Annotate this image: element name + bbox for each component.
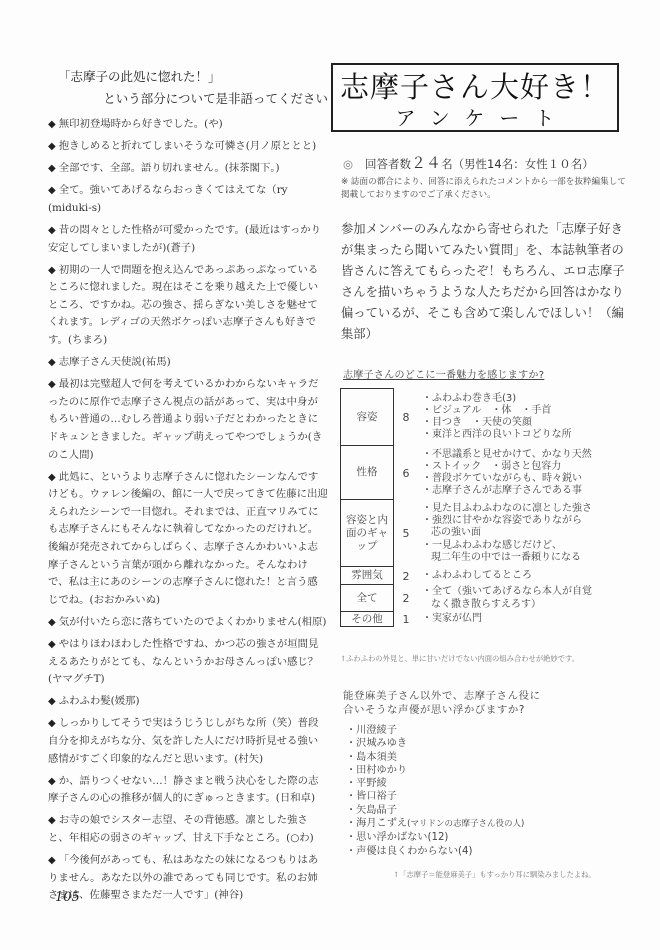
diamond-bullet-icon: ◆ <box>48 815 56 826</box>
count-cell: 2 <box>394 570 418 583</box>
list-item: ・海月こずえ(マリドンの志摩子さん役の人) <box>346 817 524 831</box>
diamond-bullet-icon: ◆ <box>48 379 56 390</box>
diamond-bullet-icon: ◆ <box>48 265 56 276</box>
diamond-bullet-icon: ◆ <box>48 617 56 628</box>
category-cell: 容姿 <box>340 388 394 446</box>
answer-item: ◆此処に、というより志摩子さんに惚れたシーンなんですけども。ウァレン後編の、館に… <box>46 469 328 610</box>
category-cell: 性格 <box>340 446 394 500</box>
count-cell: 8 <box>394 411 418 424</box>
diamond-bullet-icon: ◆ <box>48 696 56 707</box>
q1-results-table: 容姿 8 ・ふわふわ巻き毛(3) ・ビジュアル ・体 ・手首 ・目つき ・天使の… <box>340 388 630 627</box>
survey-title: 志摩子さん大好き！ <box>333 68 617 106</box>
list-item: ・島本須美 <box>346 751 524 764</box>
list-item: ・田村ゆかり <box>346 764 524 777</box>
diamond-bullet-icon: ◆ <box>48 639 56 650</box>
list-item: ・川澄綾子 <box>346 724 524 737</box>
category-cell: 容姿と内面のギャップ <box>340 500 394 567</box>
editorial-note: ※ 誌面の都合により、回答に添えられたコメントから一部を抜粋編集して掲載しており… <box>341 176 626 202</box>
list-item: ・思い浮かばない(12) <box>346 831 524 844</box>
list-item: ・沢城みゆき <box>346 737 524 750</box>
question-heading-line1: 「志摩子の此処に惚れた！」 <box>58 68 328 86</box>
diamond-bullet-icon: ◆ <box>48 225 56 236</box>
table-row: 容姿 8 ・ふわふわ巻き毛(3) ・ビジュアル ・体 ・手首 ・目つき ・天使の… <box>340 388 630 446</box>
diamond-bullet-icon: ◆ <box>48 357 56 368</box>
question-heading-line2: という部分について是非語ってください <box>46 90 328 108</box>
diamond-bullet-icon: ◆ <box>48 141 56 152</box>
respondent-count: ◎回答者数２４名（男性14名：女性１０名） <box>343 152 594 173</box>
answer-item: ◆全部です、全部。語り切れません。(抹茶閣下。) <box>46 160 328 178</box>
q2-footnote: ↑「志摩子＝能登麻美子」もすっかり耳に馴染みましたよね。 <box>393 870 596 880</box>
q2-title: 能登麻美子さん以外で、志摩子さん役に 合いそうな声優が思い浮かびますか? <box>343 689 541 717</box>
answer-item: ◆やはりほわほわした性格ですね、かつ芯の強さが垣間見えるあたりがとても、なんとい… <box>46 636 328 689</box>
q1-footnote: ↑ふわふわの外見と、単に甘いだけでない内面の組み合わせが絶妙です。 <box>340 654 579 664</box>
answer-item: ◆「今後何があっても、私はあなたの妹になるつもりはありません。あなた以外の誰であ… <box>46 852 328 905</box>
answer-item: ◆全て。強いてあげるならおっきくてはえてな（ry (miduki-s) <box>46 182 328 217</box>
diamond-bullet-icon: ◆ <box>48 718 56 729</box>
items-cell: ・見た目ふわふわなのに凛とした強さ ・強烈に甘やかな容姿でありながら 芯の強い面… <box>418 503 630 564</box>
intro-paragraph: 参加メンバーのみんなから寄せられた「志摩子好きが集まったら聞いてみたい質問」を、… <box>341 219 631 345</box>
table-row: 容姿と内面のギャップ 5 ・見た目ふわふわなのに凛とした強さ ・強烈に甘やかな容… <box>340 500 630 567</box>
items-cell: ・不思議系と見せかけて、かなり天然 ・ストイック ・弱さと包容力 ・普段ボケてい… <box>418 449 630 498</box>
category-cell: 雰囲気 <box>340 567 394 585</box>
category-cell: 全て <box>340 585 394 612</box>
answer-item: ◆ふわふわ髪(媛那) <box>46 693 328 711</box>
diamond-bullet-icon: ◆ <box>48 185 56 196</box>
diamond-bullet-icon: ◆ <box>48 472 56 483</box>
answer-item: ◆抱きしめると折れてしまいそうな可憐さ(月ノ原ととと) <box>46 138 328 156</box>
list-item: ・皆口裕子 <box>346 790 524 803</box>
table-row: 雰囲気 2 ・ふわふわしてるところ <box>340 567 630 585</box>
count-cell: 2 <box>394 592 418 605</box>
answer-item: ◆最初は完璧超人で何を考えているかわからないキャラだったのに原作で志摩子さん視点… <box>46 376 328 464</box>
answer-item: ◆気が付いたら恋に落ちていたのでよくわかりません(相原) <box>46 614 328 632</box>
answer-item: ◆無印初登場時から好きでした。(や) <box>46 116 328 134</box>
diamond-bullet-icon: ◆ <box>48 119 56 130</box>
items-cell: ・全て（強いてあげるなら本人が自覚 なく撒き散らすえろす） <box>418 586 630 610</box>
answer-item: ◆初期の一人で問題を抱え込んであっぷあっぷなっているところに惚れました。現在はそ… <box>46 262 328 350</box>
count-cell: 6 <box>394 467 418 480</box>
items-cell: ・実家が仏門 <box>418 613 630 625</box>
list-item: ・矢島晶子 <box>346 804 524 817</box>
answer-item: ◆か、語りつくせない…！静さまと戦う決心をした際の志摩子さんの心の推移が個人的に… <box>46 773 328 808</box>
q1-title: 志摩子さんのどこに一番魅力を感じますか? <box>343 366 544 381</box>
double-circle-icon: ◎ <box>343 157 353 171</box>
page-number: 105 <box>55 890 80 905</box>
diamond-bullet-icon: ◆ <box>48 855 56 866</box>
list-item: ・平野綾 <box>346 777 524 790</box>
table-row: 性格 6 ・不思議系と見せかけて、かなり天然 ・ストイック ・弱さと包容力 ・普… <box>340 446 630 500</box>
table-row: その他 1 ・実家が仏門 <box>340 612 630 627</box>
answer-item: ◆昔の悶々とした性格が可愛かったです。(最近はすっかり安定してしまいましたが)(… <box>46 222 328 257</box>
list-item: ・声優は良くわからない(4) <box>346 845 524 858</box>
items-cell: ・ふわふわしてるところ <box>418 570 630 582</box>
left-column: 「志摩子の此処に惚れた！」 という部分について是非語ってください ◆無印初登場時… <box>46 68 328 909</box>
category-cell: その他 <box>340 612 394 627</box>
answer-item: ◆志摩子さん天使説(祐馬) <box>46 354 328 372</box>
count-cell: 1 <box>394 613 418 626</box>
table-row: 全て 2 ・全て（強いてあげるなら本人が自覚 なく撒き散らすえろす） <box>340 585 630 612</box>
items-cell: ・ふわふわ巻き毛(3) ・ビジュアル ・体 ・手首 ・目つき ・天使の笑顔 ・東… <box>418 393 630 442</box>
diamond-bullet-icon: ◆ <box>48 163 56 174</box>
answer-item: ◆お寺の娘でシスター志望、その背徳感。凛とした強さと、年相応の弱さのギャップ、甘… <box>46 812 328 847</box>
diamond-bullet-icon: ◆ <box>48 776 56 787</box>
q2-answer-list: ・川澄綾子 ・沢城みゆき ・島本須美 ・田村ゆかり ・平野綾 ・皆口裕子 ・矢島… <box>346 724 524 858</box>
survey-title-box: 志摩子さん大好き！ アンケート <box>331 63 619 132</box>
count-cell: 5 <box>394 527 418 540</box>
answer-item: ◆しっかりしてそうで実はうじうじしがちな所（笑）普段自分を抑えがちな分、気を許し… <box>46 715 328 768</box>
survey-subtitle: アンケート <box>333 106 617 130</box>
